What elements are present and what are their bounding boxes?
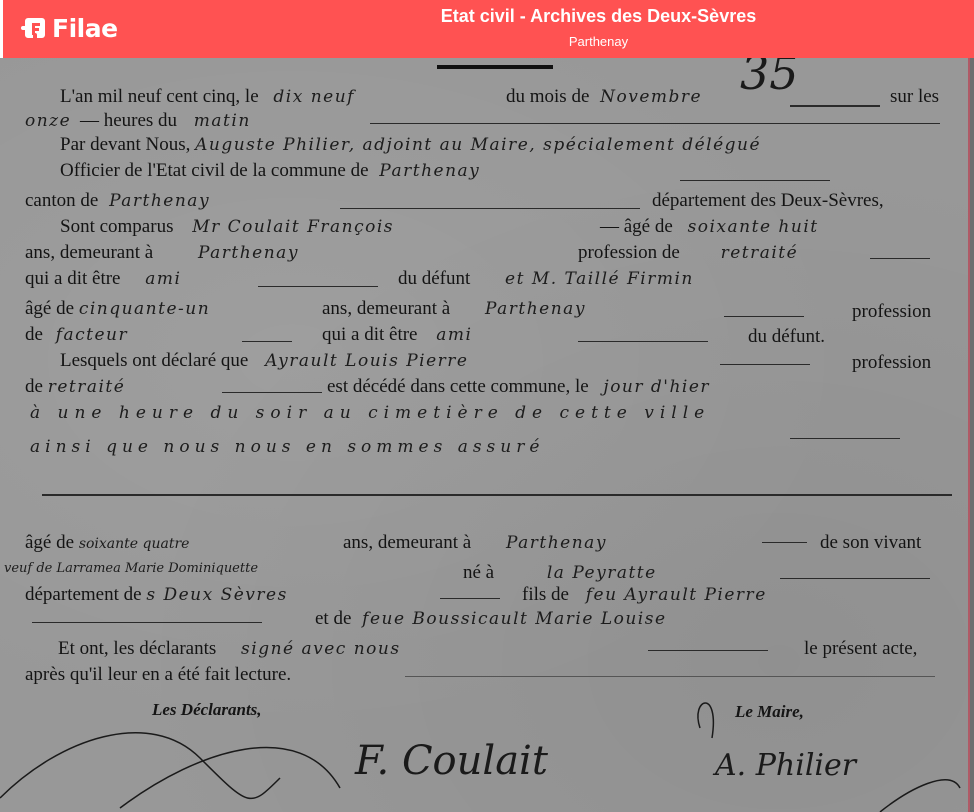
fill-rule: [780, 578, 930, 579]
fill-rule: [258, 286, 378, 287]
doc-line-13: à une heure du soir au cimetière de cett…: [30, 402, 710, 424]
fill-rule: [762, 542, 807, 543]
doc-line-18: et de feue Boussicault Marie Louise: [315, 608, 667, 630]
doc-line-9: âgé de cinquante-un: [25, 298, 210, 320]
doc-line-9b: ans, demeurant à Parthenay: [322, 298, 586, 320]
doc-line-7: ans, demeurant à Parthenay: [25, 242, 299, 264]
doc-line-11: Lesquels ont déclaré que Ayrault Louis P…: [60, 350, 468, 372]
fill-rule: [242, 341, 292, 342]
fill-rule: [720, 364, 810, 365]
fill-rule: [870, 258, 930, 259]
separator-rule: [42, 494, 952, 496]
doc-line-8b: du défunt et M. Taillé Firmin: [398, 268, 694, 290]
fill-rule: [680, 180, 830, 181]
declarant-signature: F. Coulait: [355, 738, 548, 784]
doc-line-4: Officier de l'Etat civil de la commune d…: [60, 160, 480, 182]
maire-signature: A. Philier: [715, 748, 856, 783]
doc-line-10: de facteur: [25, 324, 128, 346]
doc-line-7b: profession de retraité: [578, 242, 798, 264]
doc-line-15: âgé de soixante quatre: [25, 532, 189, 555]
fill-rule: [790, 105, 880, 107]
doc-line-10c: du défunt.: [748, 326, 825, 348]
doc-line-16b: né à la Peyratte: [463, 562, 657, 584]
doc-line-10b: qui a dit être ami: [322, 324, 472, 346]
fill-rule: [724, 316, 804, 317]
top-rule: [437, 65, 553, 69]
document-image-viewer[interactable]: 35 L'an mil neuf cent cinq, le dix neuf …: [0, 58, 974, 812]
doc-line-5: canton de Parthenay: [25, 190, 210, 212]
doc-line-15c: de son vivant: [820, 532, 921, 554]
doc-line-3: Par devant Nous, Auguste Philier, adjoin…: [60, 134, 761, 156]
doc-line-17b: fils de feu Ayrault Pierre: [522, 584, 767, 606]
doc-line-12b: est décédé dans cette commune, le jour d…: [327, 376, 710, 398]
doc-line-16: veuf de Larramea Marie Dominiquette: [4, 556, 258, 580]
fill-rule: [32, 622, 262, 623]
app-header: Filae Etat civil - Archives des Deux-Sèv…: [0, 0, 974, 58]
fill-rule: [222, 392, 322, 393]
doc-line-15b: ans, demeurant à Parthenay: [343, 532, 607, 554]
commune-subtitle: Parthenay: [3, 34, 974, 49]
doc-line-19: Et ont, les déclarants signé avec nous: [58, 638, 401, 660]
doc-line-19b: le présent acte,: [804, 638, 917, 660]
doc-line-6b: — âgé de soixante huit: [600, 216, 819, 238]
fill-rule: [340, 208, 640, 209]
doc-line-11b: profession: [852, 352, 931, 374]
collection-title: Etat civil - Archives des Deux-Sèvres: [3, 6, 974, 27]
fill-rule: [370, 123, 940, 124]
doc-line-12: de retraité: [25, 376, 125, 398]
doc-line-2: onze — heures du matin: [25, 110, 251, 132]
fill-rule: [648, 650, 768, 651]
doc-line-17: département de s Deux Sèvres: [25, 584, 288, 606]
record-number: 35: [740, 58, 799, 100]
fill-rule: [578, 341, 708, 342]
fill-rule: [405, 676, 935, 677]
doc-line-6: Sont comparus Mr Coulait François: [60, 216, 394, 238]
doc-line-1: L'an mil neuf cent cinq, le dix neuf: [60, 86, 355, 108]
doc-line-8: qui a dit être ami: [25, 268, 181, 290]
fill-rule: [440, 598, 500, 599]
fill-rule: [790, 438, 900, 439]
doc-line-1c: sur les: [890, 86, 939, 108]
doc-line-9c: profession: [852, 301, 931, 323]
doc-line-14: ainsi que nous nous en sommes assuré: [30, 436, 544, 458]
doc-line-1b: du mois de Novembre: [506, 86, 702, 108]
doc-line-5b: département des Deux-Sèvres,: [652, 190, 884, 212]
